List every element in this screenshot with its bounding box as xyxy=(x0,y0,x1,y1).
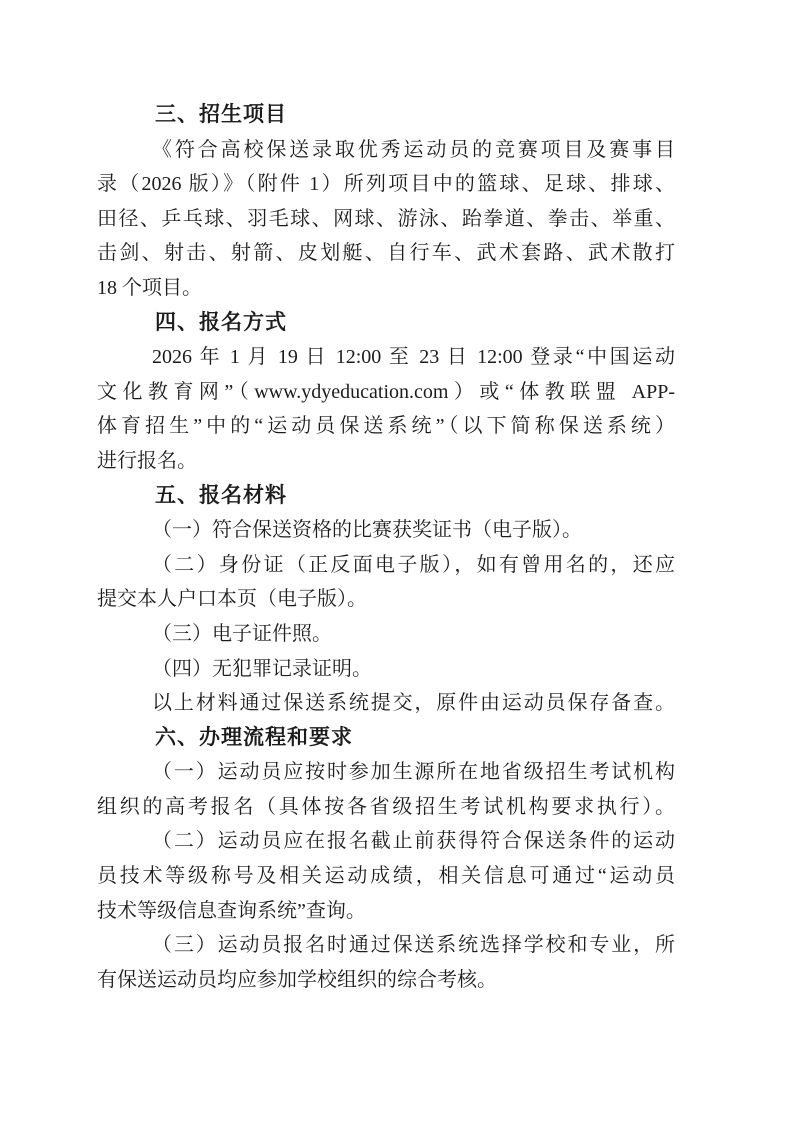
text-line: （二）运动员应在报名截止前获得符合保送条件的运动 xyxy=(97,824,675,859)
text-line: 体育招生”中的“运动员保送系统”（以下简称保送系统） xyxy=(97,409,675,444)
text-line: 2026 年 1 月 19 日 12:00 至 23 日 12:00 登录“中国… xyxy=(97,340,675,375)
section-heading-enrollment-sports: 三、招生项目 xyxy=(97,98,675,133)
document-content: 三、招生项目 《符合高校保送录取优秀运动员的竞赛项目及赛事目 录（2026 版）… xyxy=(97,98,675,997)
section-heading-registration-materials: 五、报名材料 xyxy=(97,479,675,514)
text-line: 组织的高考报名（具体按各省级招生考试机构要求执行）。 xyxy=(97,790,675,825)
text-line: （四）无犯罪记录证明。 xyxy=(97,652,675,687)
section-heading-registration-method: 四、报名方式 xyxy=(97,306,675,341)
text-line: 技术等级信息查询系统”查询。 xyxy=(97,894,675,929)
text-line: 有保送运动员均应参加学校组织的综合考核。 xyxy=(97,963,675,998)
document-page: 三、招生项目 《符合高校保送录取优秀运动员的竞赛项目及赛事目 录（2026 版）… xyxy=(0,0,793,1122)
text-line: 录（2026 版）》（附件 1）所列项目中的篮球、足球、排球、 xyxy=(97,167,675,202)
text-line: 田径、乒乓球、羽毛球、网球、游泳、跆拳道、拳击、举重、 xyxy=(97,202,675,237)
text-line: 《符合高校保送录取优秀运动员的竞赛项目及赛事目 xyxy=(97,133,675,168)
text-line: 18 个项目。 xyxy=(97,271,675,306)
text-line: 员技术等级称号及相关运动成绩，相关信息可通过“运动员 xyxy=(97,859,675,894)
text-line: （三）电子证件照。 xyxy=(97,617,675,652)
text-line: （一）运动员应按时参加生源所在地省级招生考试机构 xyxy=(97,755,675,790)
text-line: 文化教育网”（www.ydyeducation.com）或“体教联盟 APP- xyxy=(97,375,675,410)
text-line: 提交本人户口本页（电子版）。 xyxy=(97,582,675,617)
text-line: 击剑、射击、射箭、皮划艇、自行车、武术套路、武术散打 xyxy=(97,236,675,271)
text-line: 以上材料通过保送系统提交，原件由运动员保存备查。 xyxy=(97,686,675,721)
text-line: （一）符合保送资格的比赛获奖证书（电子版）。 xyxy=(97,513,675,548)
text-line: （三）运动员报名时通过保送系统选择学校和专业，所 xyxy=(97,928,675,963)
text-line: （二）身份证（正反面电子版），如有曾用名的，还应 xyxy=(97,548,675,583)
section-heading-process-requirements: 六、办理流程和要求 xyxy=(97,721,675,756)
text-line: 进行报名。 xyxy=(97,444,675,479)
